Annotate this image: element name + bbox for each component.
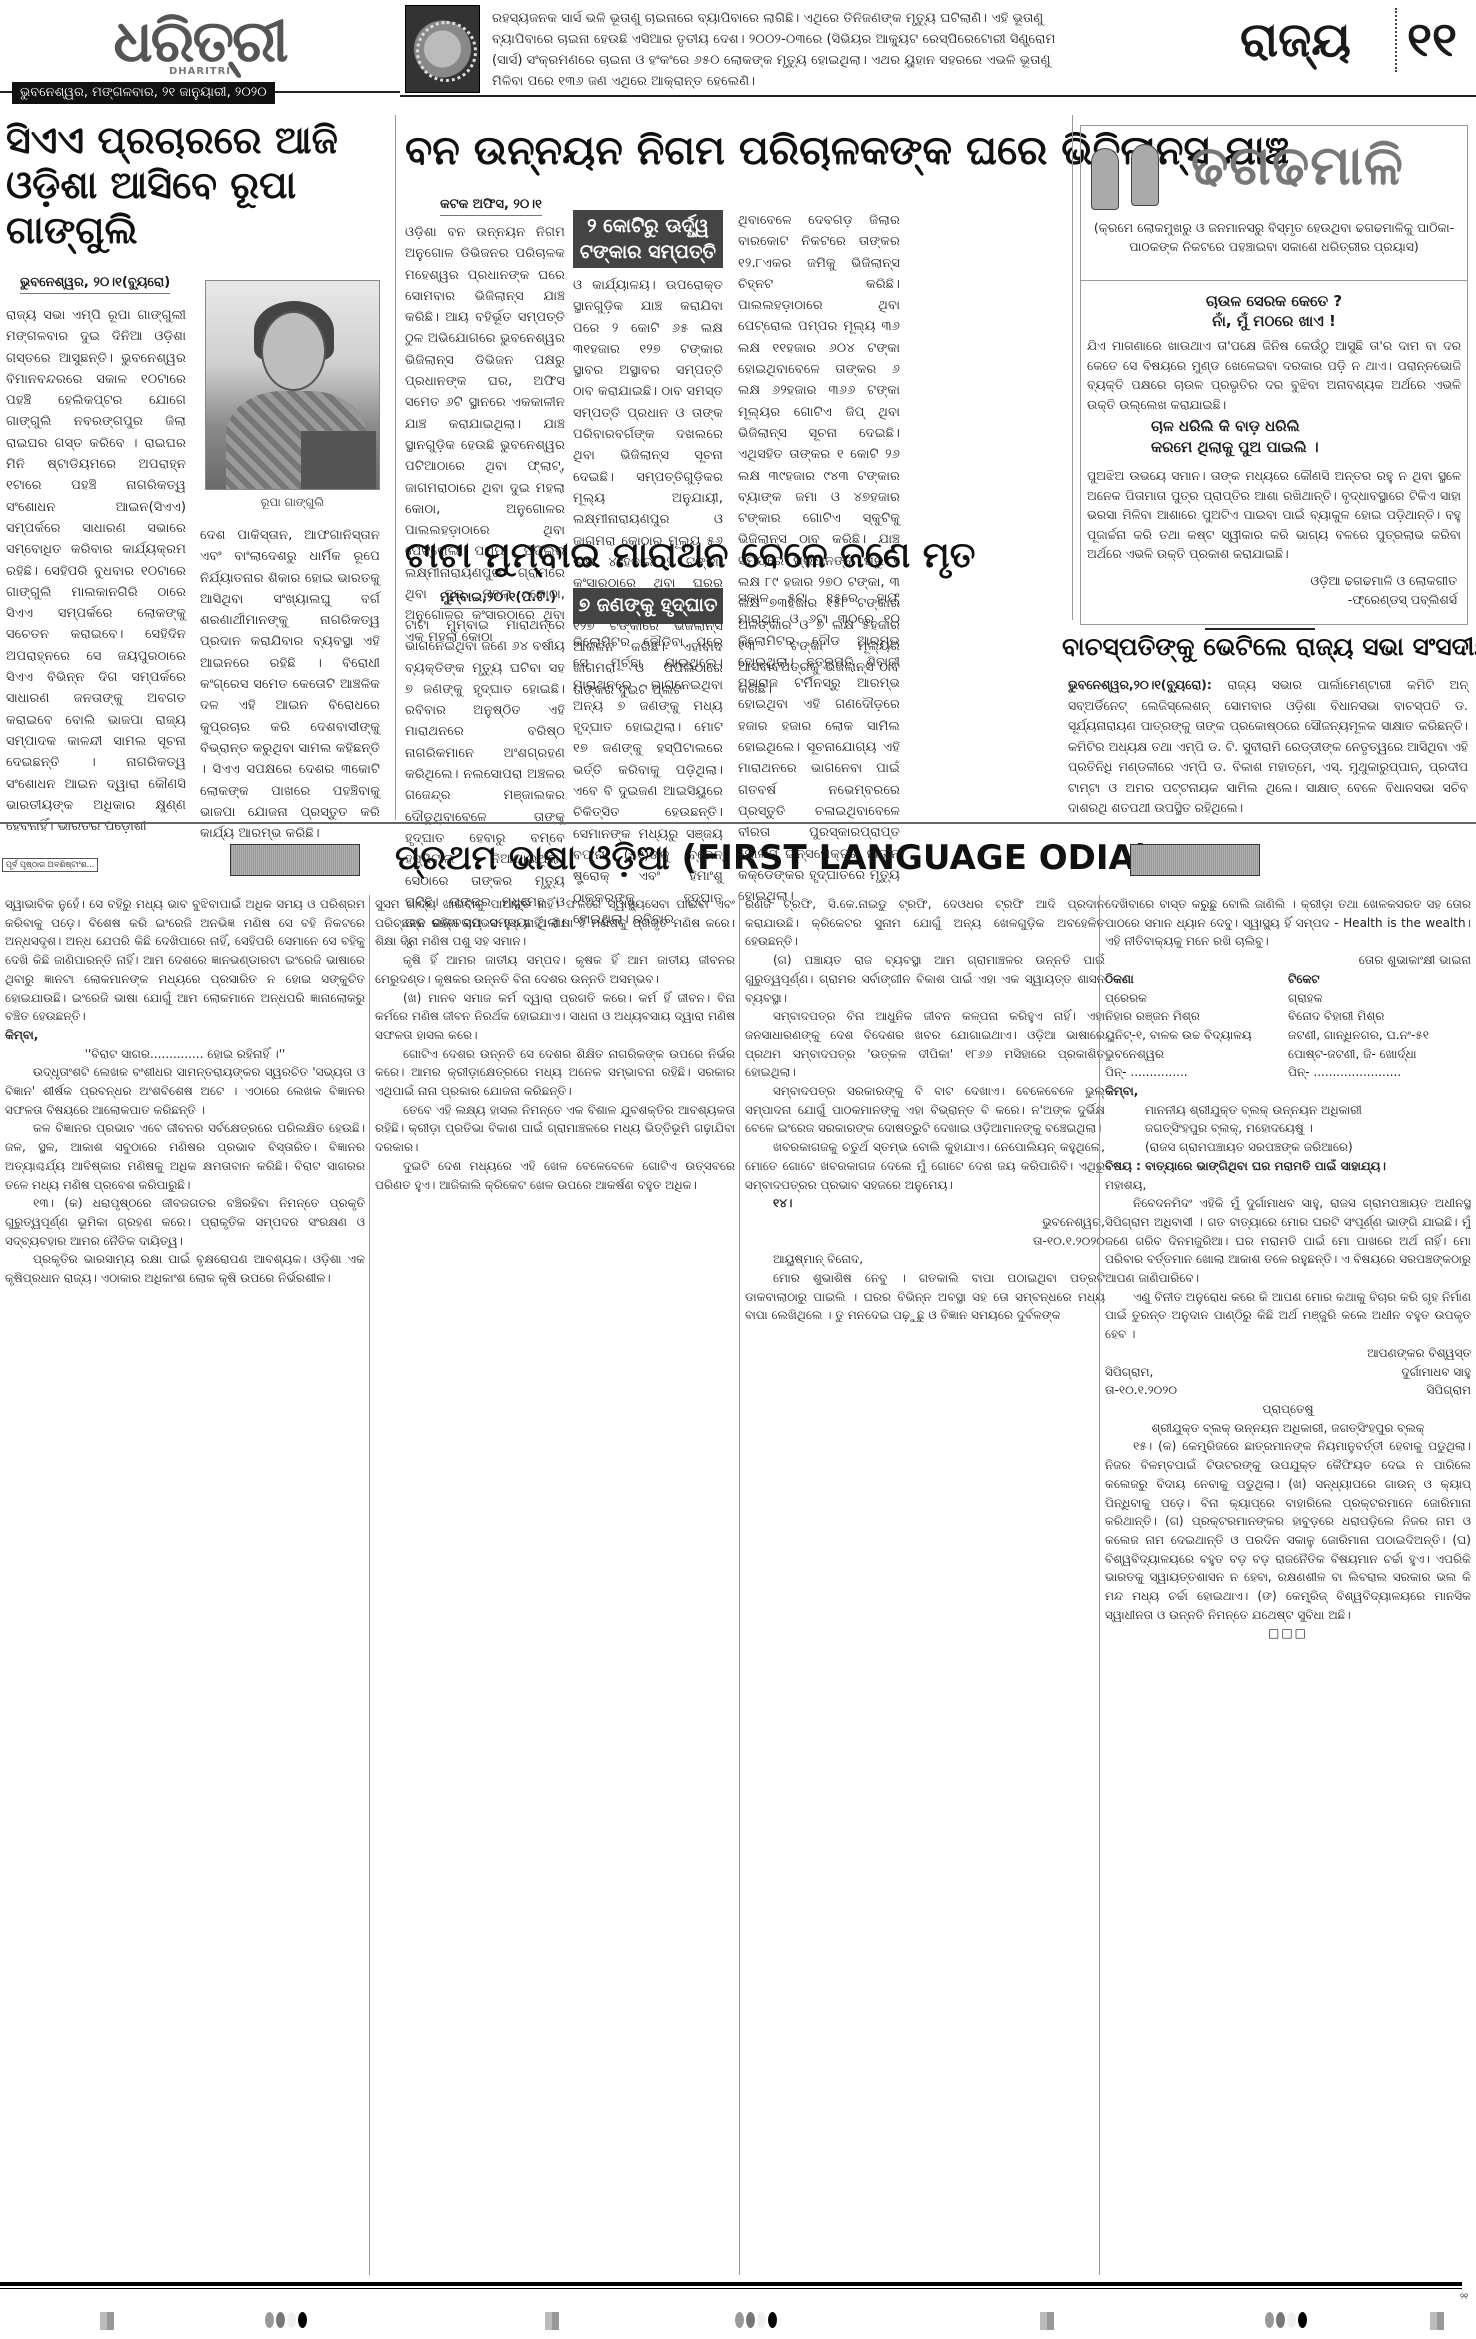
headline-marathon: ଟାଟା ମୁମ୍ବାଇ ମାରାଥନ ବେଳେ ଜଣେ ମୃତ	[405, 535, 1070, 577]
language-col-3: ରଣଜି ଟ୍ରଫି, ସି.କେ.ନାଇଡୁ ଟ୍ରଫି, ଦେଓଧର ଟ୍ର…	[745, 895, 1105, 2265]
color-registration-dots	[1265, 2312, 1307, 2328]
proverb-2-explanation: ପୁଅଝିଅ ଉଭୟେ ସମାନ। ତାଙ୍କ ମଧ୍ୟରେ କୌଣସି ଅନ୍…	[1087, 466, 1461, 564]
address-header-right: ଟିକେଟ	[1288, 970, 1471, 989]
color-registration-dots	[735, 2312, 777, 2328]
banner-block-left	[230, 844, 360, 876]
kimba-label: କିମ୍ବା,	[1105, 1082, 1471, 1101]
recipient: ଶ୍ରୀଯୁକ୍ତ ବ୍ଲକ୍ ଉନ୍ନୟନ ଅଧିକାରୀ, ଜଗତ୍‌ସିଂ…	[1105, 1419, 1471, 1438]
highlight-box-marathon: ୭ ଜଣଙ୍କୁ ହୃଦ୍‌ଘାତ	[573, 588, 723, 624]
address-right-0: ଗ୍ରାହକ	[1288, 989, 1471, 1008]
dateline: ଭୁବନେଶ୍ୱର, ମଙ୍ଗଳବାର, ୨୧ ଜାନୁୟାରୀ, ୨୦୨୦	[12, 82, 275, 104]
cartoon-man-2	[1131, 144, 1159, 206]
proverb-1: ଚାଉଳ ସେରକ କେତେ ? ନାଁ, ମୁଁ ମଠରେ ଖାଏ !	[1081, 291, 1467, 331]
signature-block: ଆପଣଙ୍କର ବିଶ୍ୱସ୍ତ ସିପିଗ୍ରାମ, ଦୁର୍ଗାମାଧବ ସ…	[1105, 1344, 1471, 1400]
newspaper-logo: ଧରିତ୍ରୀ DHARITRI	[70, 10, 330, 90]
banner-block-right	[1130, 844, 1260, 876]
address-right-3: ପୋଷ୍ଟ-ଜଟଣୀ, ଜି- ଖୋର୍ଦ୍ଧା	[1288, 1045, 1471, 1064]
byline-speaker: ଭୁବନେଶ୍ୱର,୨୦।୧(ବ୍ୟୁରୋ):	[1068, 677, 1212, 692]
letter-salutation: ମହାଶୟ,	[1105, 1176, 1471, 1195]
letter-body: ନିବେଦନମିଦଂ ଏହିକି ମୁଁ ଦୁର୍ଗାମାଧବ ସାହୁ, ରା…	[1105, 1194, 1471, 1288]
logo-subtitle: DHARITRI	[70, 66, 330, 77]
paragraph: ଦେଖିବାରେ ବାସ୍ତ କରୁଛୁ ବୋଲି ଜାଣିଲି । କ୍ରୀଡ…	[1105, 895, 1471, 951]
header-rule	[400, 95, 1476, 97]
cartoon-man-1	[1091, 148, 1119, 210]
paragraph: ସମ୍ବାଦପତ୍ର ବିନା ଆଧୁନିକ ଜୀବନ କଳ୍ପନା କରିହୁ…	[745, 1007, 1105, 1082]
paragraph: କିମ୍ବା,	[5, 1026, 365, 1045]
dhagadhamali-header: ଢଗଢମାଳି (କ୍ରମେ ଲୋକମୁଖରୁ ଓ ଜନମାନସରୁ ବିସ୍ମ…	[1081, 126, 1467, 281]
registration-mark	[1040, 2312, 1054, 2330]
to-line-2: (ରାଜସ ଗ୍ରାମପଞ୍ଚାୟତ ସରପଞ୍ଚଙ୍କ ଜରିଆରେ)	[1105, 1138, 1471, 1157]
teaser-text: ରହସ୍ୟଜନକ ସାର୍ସ ଭଳି ଭୂତାଣୁ ଚାଇନାରେ ବ୍ୟାପି…	[492, 8, 1082, 92]
source-line-1: ଓଡ଼ିଆ ଢଗଢମାଳି ଓ ଲୋକଗୀତ	[1311, 571, 1457, 590]
sign-right-0: ଆପଣଙ୍କର ବିଶ୍ୱସ୍ତ	[1288, 1344, 1471, 1363]
sign-left-0	[1105, 1344, 1288, 1363]
paragraph: (ଖ) ମାନବ ସମାଜ କର୍ମ ଦ୍ୱାରା ପ୍ରଗତି କରେ। କର…	[375, 989, 735, 1045]
footer-rule-thin	[0, 2288, 1462, 2289]
column-divider	[1072, 115, 1073, 620]
color-registration-dots	[265, 2312, 307, 2328]
paragraph: ମୋର ଶୁଭାଶିଷ ନେବୁ । ଗତକାଲି ବାପା ପଠାଇଥିବା …	[745, 1269, 1105, 1325]
address-left-1: ନିହାର ରଞ୍ଜନ ମିଶ୍ର	[1105, 1007, 1288, 1026]
language-col-2: ସୁସମ ଖାଦ୍ୟ ଖାଇବାକୁ ପାଆନ୍ତି ନାହିଁ। ଫଳରେ ସ…	[375, 895, 735, 2265]
question-number: ୧୪।	[773, 1196, 792, 1210]
to-line-0: ମାନନୀୟ ଶ୍ରୀଯୁକ୍ତ ବ୍ଲକ୍ ଉନ୍ନୟନ ଅଧିକାରୀ	[1105, 1101, 1471, 1120]
kimba-text: କିମ୍ବା,	[1105, 1084, 1138, 1098]
paragraph: କୃଷି ହିଁ ଆମର ଜାତୀୟ ସମ୍ପଦ। କୃଷକ ହିଁ ଆମ ଜା…	[375, 951, 735, 988]
end-mark: □□□	[1105, 1624, 1471, 1643]
proverb-1-line-2: ନାଁ, ମୁଁ ମଠରେ ଖାଏ !	[1081, 311, 1467, 331]
column-divider	[739, 895, 740, 2275]
paragraph: ଉଦ୍ଧୃତାଂଶଟି ଲେଖକ ବଂଶୀଧର ସାମନ୍ତରାୟଙ୍କର ସ୍…	[5, 1063, 365, 1119]
sign-left-2: ତା-୧୦.୧.୨୦୨୦	[1105, 1381, 1288, 1400]
story-forest-col1: ଓଡ଼ିଶା ବନ ଉନ୍ନୟନ ନିଗମ ଅନୁଗୋଳ ଡିଭିଜନର ପରି…	[405, 222, 565, 648]
registration-mark	[1430, 2312, 1444, 2330]
story-speaker-body: ଭୁବନେଶ୍ୱର,୨୦।୧(ବ୍ୟୁରୋ): ରାଜ୍ୟ ସଭାର ପାର୍ଲ…	[1068, 675, 1468, 819]
address-right-1: ବିନୋଦ ବିହାରୀ ମିଶ୍ର	[1288, 1007, 1471, 1026]
letter-date: ତା-୧୦.୧.୨୦୨୦	[745, 1232, 1105, 1251]
paragraph: ଦୁଇଟି ଦେଶ ମଧ୍ୟରେ ଏହି ଖେଳ ବେଳେବେଳେ ଗୋଟିଏ …	[375, 1157, 735, 1194]
answer-15: ୧୫। (କ) କେମ୍ବ୍ରିଜରେ ଛାତ୍ରମାନଙ୍କ ନିୟମାନୁବ…	[1105, 1437, 1471, 1624]
paragraph: ସୁସମ ଖାଦ୍ୟ ଖାଇବାକୁ ପାଆନ୍ତି ନାହିଁ। ଫଳରେ ସ…	[375, 895, 735, 951]
paragraph: ସମ୍ବାଦପତ୍ର ସରକାରଙ୍କୁ ବି ବାଟ ଦେଖାଏ। ବେଳେବ…	[745, 1082, 1105, 1138]
story-cae-col2: ଦେଶ ପାକିସ୍ତାନ, ଆଫଗାନିସ୍ତାନ ଏବଂ ବାଂଲାଦେଶର…	[200, 525, 380, 844]
section-rule	[0, 822, 1476, 824]
byline-cae: ଭୁବନେଶ୍ୱର, ୨୦।୧(ବ୍ୟୁରୋ)	[20, 275, 170, 294]
page-number: ୧୧	[1395, 8, 1457, 72]
letter-salutation: ଆୟୁଷ୍ମାନ୍ ବିନୋଦ,	[745, 1250, 1105, 1269]
cartoon-figures-icon	[1089, 144, 1169, 214]
proverb-2: ଚାଳ ଧରିଲି କି ବାଡ଼ ଧରିଲି କରମେ ଥିଲାକୁ ପୁଅ …	[1151, 416, 1319, 458]
column-divider	[395, 115, 396, 820]
paragraph: ପ୍ରକୃତିର ଭାରସାମ୍ୟ ରକ୍ଷା ପାଇଁ ବୃକ୍ଷରୋପଣ ଆ…	[5, 1250, 365, 1287]
headline-cae: ସିଏଏ ପ୍ରଚାରରେ ଆଜି ଓଡ଼ିଶା ଆସିବେ ରୂପା ଗାଙ୍…	[6, 118, 396, 252]
column-divider	[369, 895, 370, 2275]
headline-speaker: ବାଚସ୍ପତିଙ୍କୁ ଭେଟିଲେ ରାଜ୍ୟ ସଭା ସଂସଦୀୟ କମି…	[1062, 632, 1474, 662]
paragraph: ୧୩। (କ) ଧରାପୃଷ୍ଠରେ ଜୀବଜଗତର ବଞ୍ଚିରହିବା ନି…	[5, 1194, 365, 1250]
language-col-4: ଦେଖିବାରେ ବାସ୍ତ କରୁଛୁ ବୋଲି ଜାଣିଲି । କ୍ରୀଡ…	[1105, 895, 1471, 2265]
paragraph: ଖବରକାଗଜକୁ ଚତୁର୍ଥ ସ୍ତମ୍ଭ ବୋଲି କୁହାଯାଏ। ନେ…	[745, 1138, 1105, 1194]
kimba-label: କିମ୍ବା,	[5, 1028, 38, 1042]
source-line-2: -ଫ୍ରେଣ୍ଡସ୍ ପବ୍ଲିଶର୍ସ	[1311, 590, 1457, 609]
dhagadhamali-subtitle: (କ୍ରମେ ଲୋକମୁଖରୁ ଓ ଜନମାନସରୁ ବିସ୍ମୃତ ହେଉଥି…	[1081, 218, 1467, 256]
language-col-1: ସ୍ୱାଭାବିକ ନୁହେଁ। ସେ ବହିରୁ ମଧ୍ୟ ଭାବ ବୁଝିବ…	[5, 895, 365, 2265]
subject-text: ବିଷୟ : ବାତ୍ୟାରେ ଭାଙ୍ଗିଥିବା ଘର ମରାମତି ପାଇ…	[1105, 1159, 1386, 1173]
letter-place: ଭୁବନେଶ୍ୱର,	[745, 1213, 1105, 1232]
logo-text: ଧରିତ୍ରୀ	[70, 10, 330, 72]
highlight-box-forest: ୨ କୋଟିରୁ ଊର୍ଦ୍ଧ୍ୱ ଟଙ୍କାର ସମ୍ପତ୍ତି ଠାବ	[573, 210, 723, 268]
paragraph: ସ୍ୱାଭାବିକ ନୁହେଁ। ସେ ବହିରୁ ମଧ୍ୟ ଭାବ ବୁଝିବ…	[5, 895, 365, 1026]
dhagadhamali-title: ଢଗଢମାଳି	[1191, 134, 1404, 198]
quote: ''ବିରାଟ ସାଗର.............. ହୋଇ ରହିନାହିଁ …	[5, 1045, 365, 1064]
sign-left-1: ସିପିଗ୍ରାମ,	[1105, 1363, 1288, 1382]
headline-language: ପ୍ରଥମ ଭାଷା ଓଡ଼ିଆ (FIRST LANGUAGE ODIA)	[395, 838, 1150, 878]
address-left-2: ୟୁନିଟ୍-୧, ବାଳକ ଉଚ୍ଚ ବିଦ୍ୟାଳୟ	[1105, 1026, 1288, 1045]
story-marathon-col2: କିଲୋମିଟର ଦୌଡ଼ିବା ପରେ ସେ ମୂର୍ଚ୍ଛା ଯାଇଥିଲେ…	[573, 632, 723, 930]
letter-number: ୧୪।	[745, 1194, 1105, 1213]
address-left-4: ପିନ୍- ...............	[1105, 1063, 1288, 1082]
photo-folder	[301, 431, 376, 490]
sign-right-2: ସିପିଗ୍ରାମ	[1288, 1381, 1471, 1400]
proverb-1-line-1: ଚାଉଳ ସେରକ କେତେ ?	[1081, 291, 1467, 311]
dateline-bar: ଭୁବନେଶ୍ୱର, ମଙ୍ଗଳବାର, ୨୧ ଜାନୁୟାରୀ, ୨୦୨୦	[0, 82, 400, 102]
paragraph: କଳ ବିଜ୍ଞାନର ପ୍ରଭାବ ଏବେ ଜୀବନର ସର୍ବକ୍ଷେତ୍ର…	[5, 1119, 365, 1194]
paragraph: ତେବେ ଏହି ଲକ୍ଷ୍ୟ ହାସଲ ନିମନ୍ତେ ଏକ ବିଶାଳ ଯୁ…	[375, 1101, 735, 1157]
proverb-1-explanation: ଯିଏ ମାଗଣାରେ ଖାଉଥାଏ ତା'ପକ୍ଷେ ଜିନିଷ କେଉଁଠୁ…	[1087, 336, 1461, 414]
paragraph: ରଣଜି ଟ୍ରଫି, ସି.କେ.ନାଇଡୁ ଟ୍ରଫି, ଦେଓଧର ଟ୍ର…	[745, 895, 1105, 951]
column-divider	[1099, 895, 1100, 2275]
registration-mark	[100, 2312, 114, 2330]
address-right-2: ଜଟଣୀ, ଗାନ୍ଧିନଗର, ଘ.ନଂ-୫୧	[1288, 1026, 1471, 1045]
proverb-source: ଓଡ଼ିଆ ଢଗଢମାଳି ଓ ଲୋକଗୀତ -ଫ୍ରେଣ୍ଡସ୍ ପବ୍ଲିଶ…	[1311, 571, 1457, 609]
registration-mark	[545, 2312, 559, 2330]
prapteshu: ପ୍ରାପ୍ତେଷୁ	[1105, 1400, 1471, 1419]
paragraph: (ଗ) ପଞ୍ଚାୟତ ରାଜ ବ୍ୟବସ୍ଥା ଆମ ଗ୍ରାମାଞ୍ଚଳର …	[745, 951, 1105, 1007]
byline-marathon: ମୁମ୍ବାଇ,୨୦।୧(ପି.ଟି.)	[440, 590, 556, 609]
address-header-left: ଠିକଣା	[1105, 970, 1288, 989]
proverb-2-line-2: କରମେ ଥିଲାକୁ ପୁଅ ପାଇଲି ।	[1151, 437, 1319, 458]
virus-image	[405, 5, 480, 93]
footer-rule	[0, 2282, 1462, 2286]
headline-forest: ବନ ଉନ୍ନୟନ ନିଗମ ପରିଚାଳକଙ୍କ ଘରେ ଭିଜିଲାନ୍ସ …	[405, 128, 1070, 175]
letter-subject: ବିଷୟ : ବାତ୍ୟାରେ ଭାଙ୍ଗିଥିବା ଘର ମରାମତି ପାଇ…	[1105, 1157, 1471, 1176]
dhagadhamali-box: ଢଗଢମାଳି (କ୍ରମେ ଲୋକମୁଖରୁ ଓ ଜନମାନସରୁ ବିସ୍ମ…	[1080, 125, 1468, 625]
short-rule	[1205, 628, 1315, 630]
address-block: ଠିକଣା ଟିକେଟ ପ୍ରେରକ ଗ୍ରାହକ ନିହାର ରଞ୍ଜନ ମି…	[1105, 970, 1471, 1082]
address-left-0: ପ୍ରେରକ	[1105, 989, 1288, 1008]
section-title: ରାଜ୍ୟ	[1240, 8, 1351, 72]
story-speaker-text: ରାଜ୍ୟ ସଭାର ପାର୍ଲାମେଣ୍ଟାରୀ କମିଟି ଅନ୍ ସବ୍‌…	[1068, 677, 1468, 815]
photo-face	[261, 311, 326, 391]
photo-rupa-ganguly	[205, 280, 380, 490]
letter-request: ଏଣୁ ବିନୀତ ଅନୁରୋଧ କରେ କି ଆପଣ ମୋର କଥାକୁ ବି…	[1105, 1288, 1471, 1344]
byline-forest: କଟକ ଅଫିସ, ୨୦।୧	[440, 197, 542, 216]
sign-right-1: ଦୁର୍ଗାମାଧବ ସାହୁ	[1288, 1363, 1471, 1382]
photo-caption: ରୂପା ଗାଙ୍ଗୁଲି	[205, 495, 380, 510]
continued-tag: ପୂର୍ବ ପୃଷ୍ଠାର ଅବଶିଷ୍ଟାଂଶ...	[2, 858, 98, 872]
to-line-1: ଜଗତ୍‌ସିଂହପୁର ବ୍ଲକ୍, ମହୋଦୟେଷୁ ।	[1105, 1119, 1471, 1138]
paragraph: ଗୋଟିଏ ଦେଶର ଉନ୍ନତି ସେ ଦେଶର ଶିକ୍ଷିତ ନାଗରିକ…	[375, 1045, 735, 1101]
story-cae-col1: ରାଜ୍ୟ ସଭା ଏମ୍‌ପି ରୂପା ଗାଙ୍ଗୁଲୀ ମଙ୍ଗଳବାର …	[6, 305, 186, 837]
address-left-3: ଭୁବନେଶ୍ୱର	[1105, 1045, 1288, 1064]
letter-closing: ତୋର ଶୁଭାକାଂକ୍ଷୀ ଭାଇନା	[1105, 951, 1471, 970]
address-right-4: ପିନ୍- .......................	[1288, 1063, 1471, 1082]
folio: ୨୧	[1460, 2292, 1468, 2302]
proverb-2-line-1: ଚାଳ ଧରିଲି କି ବାଡ଼ ଧରିଲି	[1151, 416, 1319, 437]
